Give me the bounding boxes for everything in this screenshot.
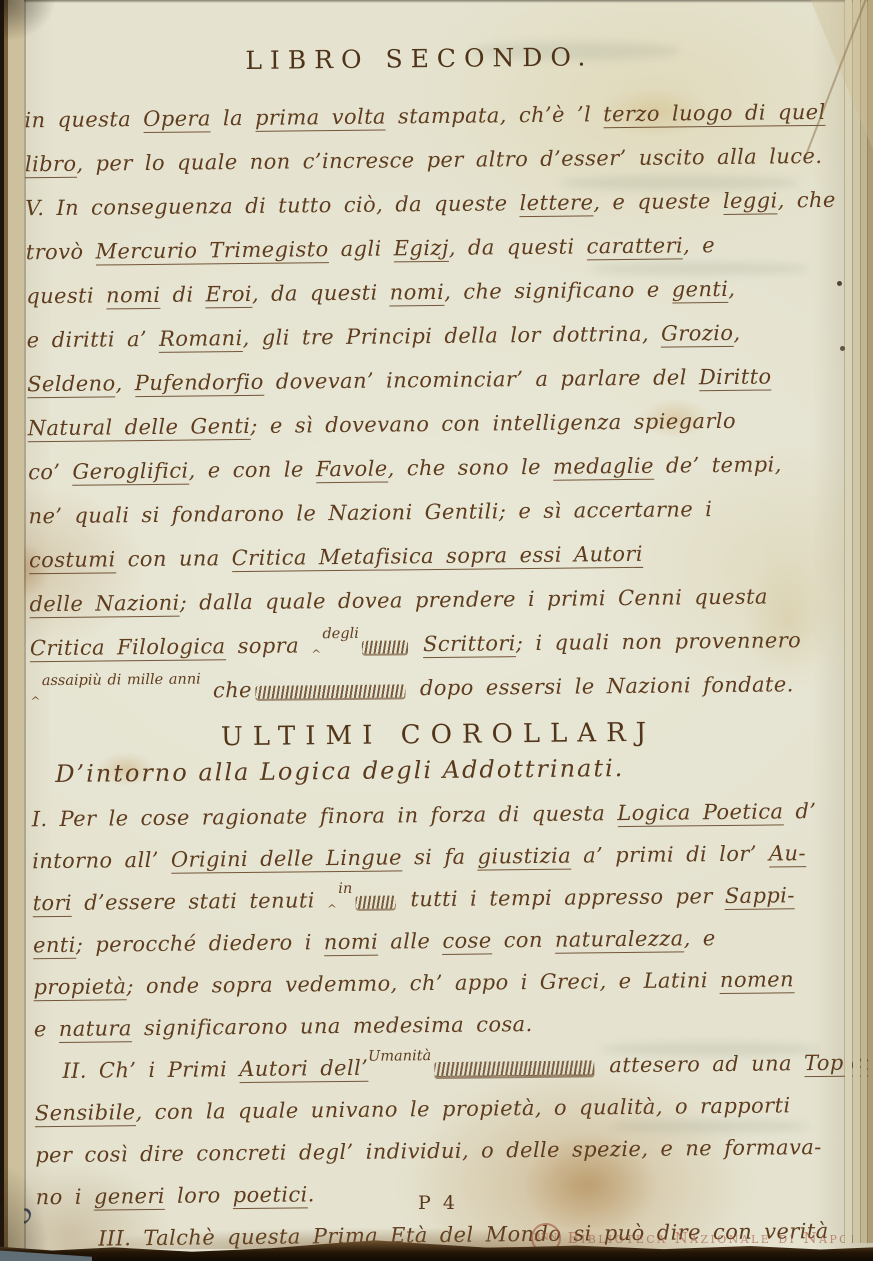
underlined-text: terzo luogo di quel <box>603 100 826 128</box>
handwritten-text: , per lo quale non c’incresce per altro … <box>76 144 822 176</box>
caret-mark: ^ <box>311 647 322 661</box>
handwritten-text: , <box>733 321 740 345</box>
manuscript-line: tori d’essere stati tenuti ^in tutti i t… <box>32 874 844 925</box>
handwritten-text: ; i quali non provennero <box>516 628 802 655</box>
handwritten-text: d’essere stati tenuti <box>72 888 327 915</box>
underlined-text: nomi <box>106 283 161 310</box>
underlined-text: nomi <box>324 930 379 957</box>
handwritten-text <box>411 632 423 656</box>
handwritten-text: con <box>491 928 555 953</box>
page-header: LIBRO SECONDO. <box>24 40 836 93</box>
underlined-text: Opera <box>143 106 211 133</box>
underlined-text: Natural delle Genti <box>28 414 251 442</box>
handwritten-text: si fa <box>402 845 478 870</box>
top-photo-edge <box>0 0 873 3</box>
underlined-text: naturalezza <box>555 926 684 953</box>
underlined-text: Mercurio Trimegisto <box>95 237 328 265</box>
handwritten-text: la <box>211 106 255 130</box>
underlined-text: Seldeno <box>27 371 116 398</box>
manuscript-text-layer: LIBRO SECONDO. in questa Opera la prima … <box>24 40 849 1260</box>
handwritten-text: alle <box>378 929 442 954</box>
handwritten-text: de’ tempi, <box>654 452 782 477</box>
underlined-text: Scrittori <box>423 631 516 658</box>
handwritten-text: II. Ch’ i Primi <box>62 1057 239 1083</box>
handwritten-text: ; perocché diedero i <box>76 930 324 957</box>
manuscript-scan: LIBRO SECONDO. in questa Opera la prima … <box>0 0 873 1261</box>
handwritten-text: . <box>308 1182 315 1206</box>
underlined-text: Egizj <box>394 236 449 263</box>
underlined-text: Logica Poetica <box>617 799 783 827</box>
handwritten-text: , e con le <box>188 457 316 482</box>
underlined-text: poetici <box>233 1182 308 1209</box>
handwritten-text: dovevan’ incominciar’ a parlare del <box>264 365 699 394</box>
underlined-text: nomen <box>720 967 794 994</box>
manuscript-line: co’ Geroglifici, e con le Favole, che so… <box>28 442 840 495</box>
handwritten-text: e <box>34 1017 59 1041</box>
underlined-text: cose <box>442 928 491 955</box>
handwritten-text: significarono una medesima cosa. <box>132 1012 533 1040</box>
manuscript-line: per così dire concreti degl’ individui, … <box>35 1126 847 1177</box>
handwritten-text: , con la quale univano le propietà, o qu… <box>135 1093 790 1124</box>
manuscript-body-lower: I. Per le cose ragionate finora in forza… <box>32 790 849 1260</box>
handwritten-text: ; e sì dovevano con intelligenza spiegar… <box>250 409 736 438</box>
underlined-text: Sappi- <box>725 883 795 910</box>
caret-mark: ^ <box>30 694 41 708</box>
underlined-text: tori <box>33 891 73 917</box>
underlined-text: Pufendorfio <box>135 370 264 397</box>
strikethrough-scribble <box>434 1060 594 1077</box>
handwritten-text: in questa <box>24 107 143 132</box>
handwritten-text: e diritti a’ <box>27 327 160 352</box>
underlined-text: propietà <box>33 974 126 1001</box>
handwritten-text: ne’ quali si fondarono le Nazioni Gentil… <box>28 497 712 528</box>
handwritten-text: attesero ad una <box>597 1051 804 1077</box>
handwritten-text: V. In conseguenza di tutto ciò, da quest… <box>25 191 520 220</box>
corner-shadow-top-left <box>0 0 70 60</box>
underlined-text: Critica Filologica <box>30 634 226 662</box>
underlined-text: Diritto <box>699 364 772 391</box>
handwritten-text: questi <box>26 283 106 308</box>
handwritten-text: , e <box>684 926 716 950</box>
handwritten-text: , e <box>683 233 715 257</box>
underlined-text: delle Nazioni <box>29 591 179 619</box>
handwritten-text: ; onde sopra vedemmo, ch’ appo i Greci, … <box>126 968 720 998</box>
catchword: P 4 <box>418 1192 458 1214</box>
handwritten-text: I. Per le cose ragionate finora in forza… <box>32 801 618 831</box>
handwritten-text: con una <box>115 546 231 571</box>
underlined-text: Eroi <box>205 282 252 308</box>
handwritten-text: sopra <box>225 633 311 658</box>
interlinear-insert: assaipiù di mille anni <box>42 671 201 689</box>
handwritten-text: d’ <box>783 799 816 823</box>
underlined-text: nomi <box>390 280 445 307</box>
handwritten-text: di <box>160 282 205 306</box>
ink-spots <box>0 0 3 3</box>
handwritten-text: stampata, ch’è ’l <box>386 102 604 128</box>
handwritten-text: tutti i tempi appresso per <box>398 884 725 911</box>
underlined-text: caratteri <box>586 233 683 260</box>
underlined-text: medaglie <box>553 454 654 481</box>
underlined-text: Geroglifici <box>72 459 188 486</box>
underlined-text: Romani <box>159 326 243 353</box>
handwritten-text: , da questi <box>252 280 390 305</box>
handwritten-text: , e queste <box>593 189 723 214</box>
interlinear-insert: Umanità <box>368 1048 431 1065</box>
underlined-text: Au- <box>769 841 806 867</box>
handwritten-text: co’ <box>28 460 73 484</box>
manuscript-line: ^assaipiù di mille anni che dopo essersi… <box>30 662 842 715</box>
underlined-text: Origini delle Lingue <box>171 845 402 873</box>
handwritten-text: che <box>201 678 252 703</box>
underlined-text: Grozio <box>661 321 734 348</box>
underlined-text: libro <box>25 152 77 179</box>
underlined-text: costumi <box>29 547 116 574</box>
handwritten-text: per così dire concreti degl’ individui, … <box>35 1135 822 1167</box>
handwritten-text: trovò <box>26 240 96 265</box>
handwritten-text: intorno all’ <box>32 848 171 873</box>
underlined-text: prima volta <box>255 104 386 131</box>
underlined-text: genti <box>672 277 729 304</box>
strikethrough-scribble <box>362 640 408 653</box>
corollaries-heading: ULTIMI COROLLARJ <box>31 716 843 755</box>
underlined-text: giustizia <box>477 844 571 871</box>
handwritten-text: , da questi <box>449 234 587 259</box>
handwritten-text: , che significano e <box>444 278 672 304</box>
caret-mark: ^ <box>327 902 338 916</box>
underlined-text: Critica Metafisica sopra essi Autori <box>232 542 643 572</box>
handwritten-text: , gli tre Principi della lor dottrina, <box>242 322 661 350</box>
interlinear-insert: in <box>338 881 352 897</box>
handwritten-text: agli <box>328 236 393 261</box>
handwritten-text: , che <box>778 188 836 213</box>
underlined-text: natura <box>59 1016 132 1043</box>
manuscript-line: V. In conseguenza di tutto ciò, da quest… <box>25 178 837 231</box>
handwritten-text: a’ primi di lor’ <box>571 842 769 868</box>
handwritten-text: , <box>115 371 134 395</box>
strikethrough-scribble <box>355 895 395 908</box>
interlinear-insert: degli <box>322 626 359 642</box>
manuscript-line: propietà; onde sopra vedemmo, ch’ appo i… <box>33 958 845 1009</box>
underlined-text: lettere <box>519 190 593 217</box>
underlined-text: enti <box>33 933 76 959</box>
underlined-text: Favole <box>316 456 388 483</box>
corollaries-subheading: D’intorno alla Logica degli Addottrinati… <box>31 752 843 789</box>
handwritten-text: , <box>728 277 735 301</box>
handwritten-text: dopo essersi le Nazioni fondate. <box>408 672 794 700</box>
handwritten-text: loro <box>165 1183 233 1208</box>
page-stack-edges <box>843 0 873 1243</box>
underlined-text: leggi <box>723 188 778 215</box>
strikethrough-scribble <box>255 684 405 699</box>
book-section-title: LIBRO SECONDO. <box>245 42 593 75</box>
binding-edge <box>0 0 28 1261</box>
manuscript-body-upper: in questa Opera la prima volta stampata,… <box>24 90 842 714</box>
handwritten-text: , che sono le <box>387 455 553 481</box>
underlined-text: Autori dell’ <box>239 1056 368 1083</box>
handwritten-text: ; dalla quale dovea prendere i primi Cen… <box>180 585 768 615</box>
underlined-text: generi <box>94 1184 165 1211</box>
